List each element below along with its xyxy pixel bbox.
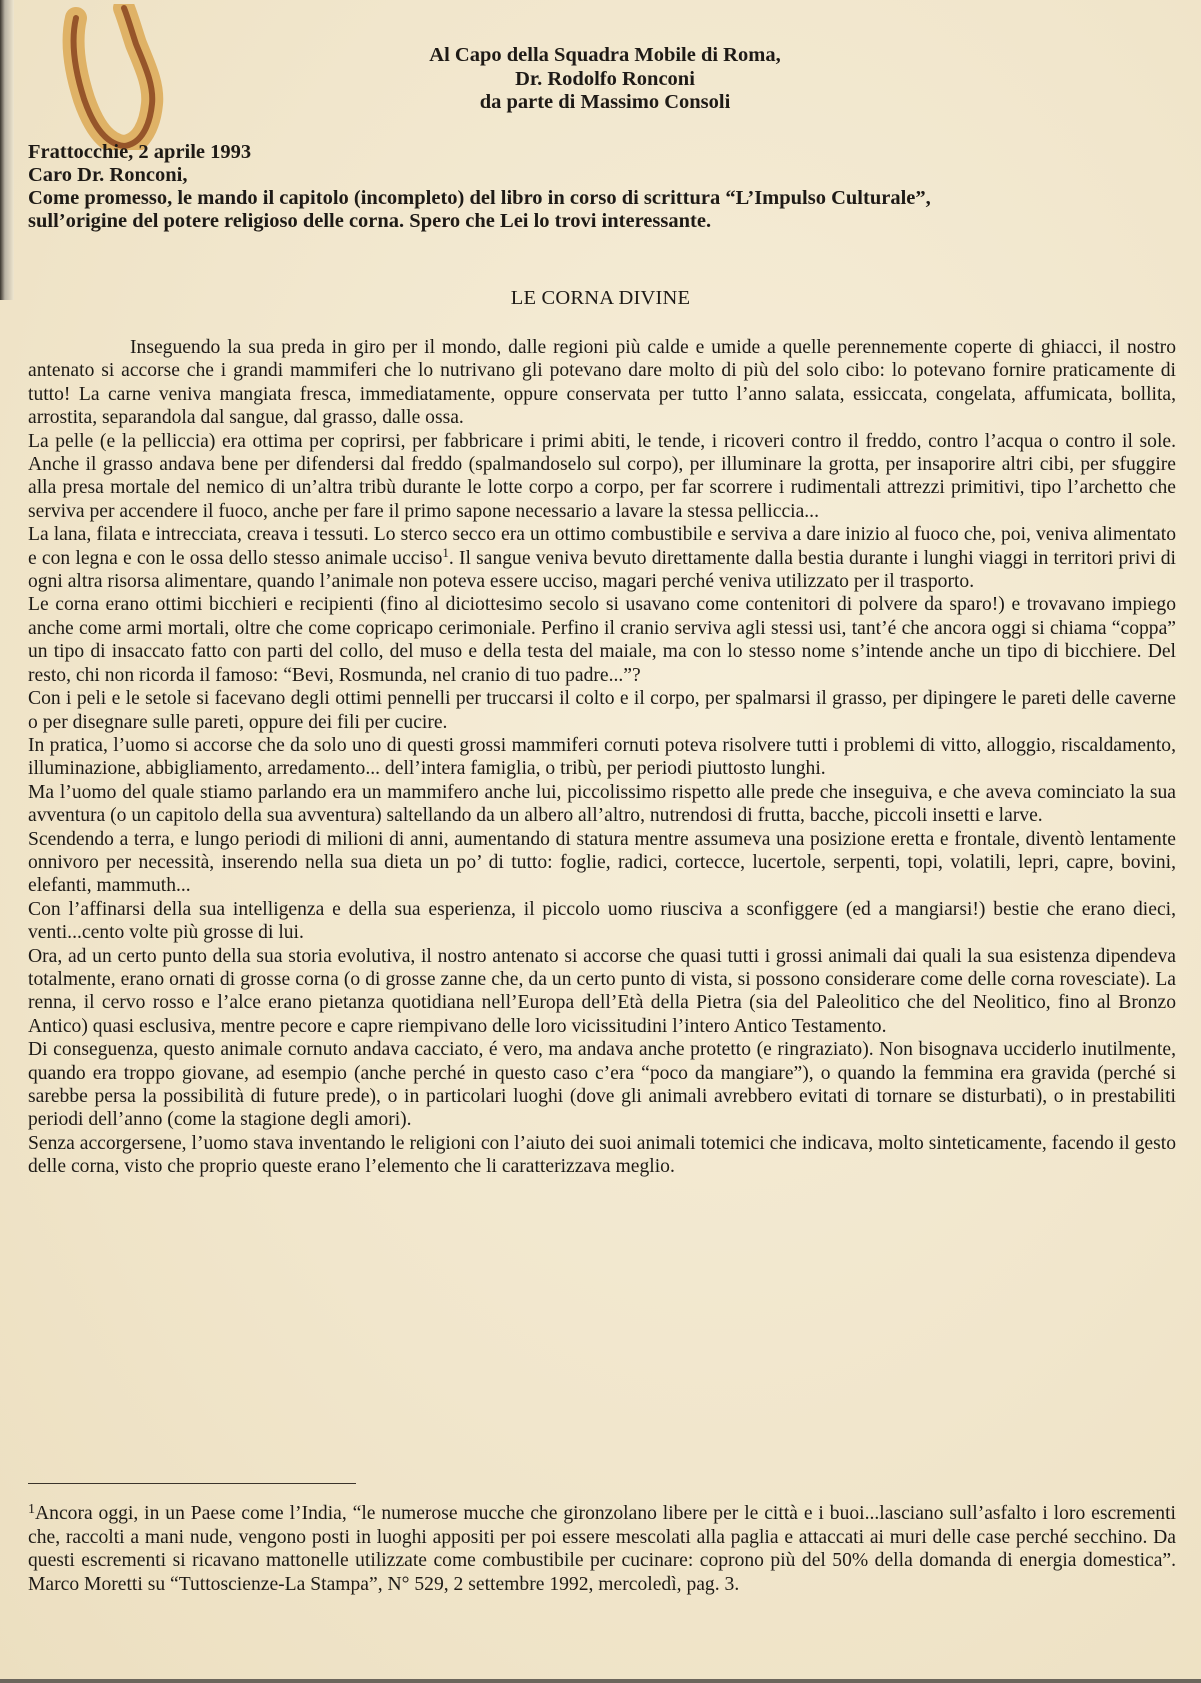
- place-date: Frattocchie, 2 aprile 1993: [28, 141, 1188, 164]
- paragraph: Ma l’uomo del quale stiamo parlando era …: [28, 781, 1176, 828]
- header-recipient-name: Dr. Rodolfo Ronconi: [340, 68, 870, 92]
- paragraph: Con i peli e le setole si facevano degli…: [28, 687, 1176, 734]
- scanned-page-edge: [0, 0, 14, 300]
- paragraph: Scendendo a terra, e lungo periodi di mi…: [28, 828, 1176, 898]
- paragraph: La pelle (e la pelliccia) era ottima per…: [28, 430, 1176, 524]
- paragraph: Di conseguenza, questo animale cornuto a…: [28, 1038, 1176, 1132]
- paragraph: Ora, ad un certo punto della sua storia …: [28, 945, 1176, 1039]
- intro-line-2: sull’origine del potere religioso delle …: [28, 210, 1188, 233]
- footnote-divider: [28, 1483, 356, 1484]
- letter-header: Al Capo della Squadra Mobile di Roma, Dr…: [340, 44, 870, 115]
- paragraph: In pratica, l’uomo si accorse che da sol…: [28, 734, 1176, 781]
- letter-greeting: Frattocchie, 2 aprile 1993 Caro Dr. Ronc…: [28, 141, 1188, 233]
- paragraph: La lana, filata e intrecciata, creava i …: [28, 523, 1176, 593]
- salutation: Caro Dr. Ronconi,: [28, 164, 1188, 187]
- intro-line-1: Come promesso, le mando il capitolo (inc…: [28, 187, 1188, 210]
- header-recipient-office: Al Capo della Squadra Mobile di Roma,: [340, 44, 870, 68]
- footnote-mark: 1: [28, 1502, 35, 1517]
- header-sender: da parte di Massimo Consoli: [340, 91, 870, 115]
- paragraph: Le corna erano ottimi bicchieri e recipi…: [28, 593, 1176, 687]
- paragraph: Con l’affinarsi della sua intelligenza e…: [28, 898, 1176, 945]
- paragraph: Senza accorgersene, l’uomo stava inventa…: [28, 1132, 1176, 1179]
- paragraph: Inseguendo la sua preda in giro per il m…: [28, 336, 1176, 430]
- scanned-page-bottom-edge: [0, 1679, 1201, 1683]
- footnote-text: Ancora oggi, in un Paese come l’India, “…: [28, 1503, 1176, 1595]
- chapter-title: LE CORNA DIVINE: [0, 287, 1201, 310]
- paperclip-rust-stain: [62, 4, 182, 150]
- footnote: 1Ancora oggi, in un Paese come l’India, …: [28, 1502, 1176, 1596]
- chapter-body: Inseguendo la sua preda in giro per il m…: [28, 336, 1176, 1179]
